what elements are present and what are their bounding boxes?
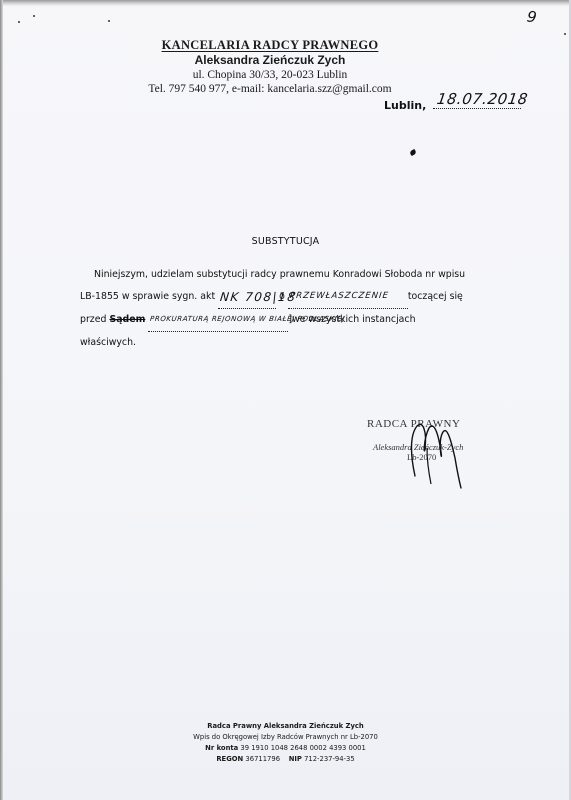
scan-speck (33, 15, 35, 17)
scan-left-edge (0, 0, 3, 800)
scan-speck (108, 20, 110, 22)
date-field: 18.07.2018 (433, 96, 521, 109)
footer-name: Radca Prawny Aleksandra Zieńczuk Zych (207, 722, 364, 730)
regon-label: REGON (216, 755, 243, 763)
subject-field: PRZEWŁASZCZENIE (288, 286, 408, 309)
place-label: Lublin, (384, 99, 426, 112)
handwritten-date: 18.07.2018 (436, 90, 529, 108)
document-title: SUBSTYTUCJA (0, 236, 571, 247)
handwritten-court: PROKURATURĄ REJONOWĄ W BIAŁEJ PODLASKIEJ (149, 308, 346, 330)
signature-stamp: RADCA PRAWNY Aleksandra Zieńczuk-Zych Lb… (345, 418, 515, 488)
footer-ids: REGON 36711796 NIP 712-237-94-35 (0, 754, 571, 765)
handwritten-signature (345, 418, 515, 498)
document-page: 9 KANCELARIA RADCY PRAWNEGO Aleksandra Z… (0, 0, 571, 800)
line2-suffix: toczącej się (408, 291, 463, 302)
account-number: 39 1910 1048 2648 0002 4393 0001 (240, 744, 365, 752)
footer-registration: Wpis do Okręgowej Izby Radców Prawnych n… (0, 732, 571, 743)
footer-account: Nr konta 39 1910 1048 2648 0002 4393 000… (0, 743, 571, 754)
letterhead-contact: Tel. 797 540 977, e-mail: kancelaria.szz… (120, 82, 420, 96)
ink-mark (409, 149, 417, 156)
before-prefix: przed (80, 314, 106, 325)
document-footer: Radca Prawny Aleksandra Zieńczuk Zych Wp… (0, 721, 571, 765)
nip-label: NIP (289, 755, 302, 763)
body-line-4: właściwych. (80, 332, 472, 354)
struck-word: Sądem (109, 314, 145, 325)
body-line-3: przed Sądem PROKURATURĄ REJONOWĄ W BIAŁE… (80, 309, 472, 332)
letterhead-address: ul. Chopina 30/33, 20-023 Lublin (120, 68, 420, 82)
document-body: Niniejszym, udzielam substytucji radcy p… (92, 264, 472, 354)
body-line-2: LB-1855 w sprawie sygn. akt NK 708|18 o … (80, 286, 472, 309)
handwritten-case-number: NK 708|18 (219, 286, 298, 308)
letterhead-name: Aleksandra Zieńczuk Zych (120, 53, 420, 68)
letterhead: KANCELARIA RADCY PRAWNEGO Aleksandra Zie… (120, 38, 420, 96)
court-field: PROKURATURĄ REJONOWĄ W BIAŁEJ PODLASKIEJ (148, 309, 288, 332)
handwritten-subject: PRZEWŁASZCZENIE (289, 285, 390, 307)
case-prefix: LB-1855 w sprawie sygn. akt (80, 291, 215, 302)
place-date: Lublin, 18.07.2018 (384, 96, 521, 112)
body-line-1: Niniejszym, udzielam substytucji radcy p… (94, 264, 472, 286)
case-number-field: NK 708|18 (218, 286, 276, 309)
regon-value: 36711796 (245, 755, 280, 763)
nip-value: 712-237-94-35 (304, 755, 355, 763)
account-label: Nr konta (205, 744, 238, 752)
handwritten-page-number: 9 (526, 7, 538, 26)
letterhead-firm: KANCELARIA RADCY PRAWNEGO (120, 38, 420, 53)
scan-top-edge (0, 0, 571, 6)
scan-speck (564, 33, 566, 35)
scan-speck (18, 21, 20, 23)
